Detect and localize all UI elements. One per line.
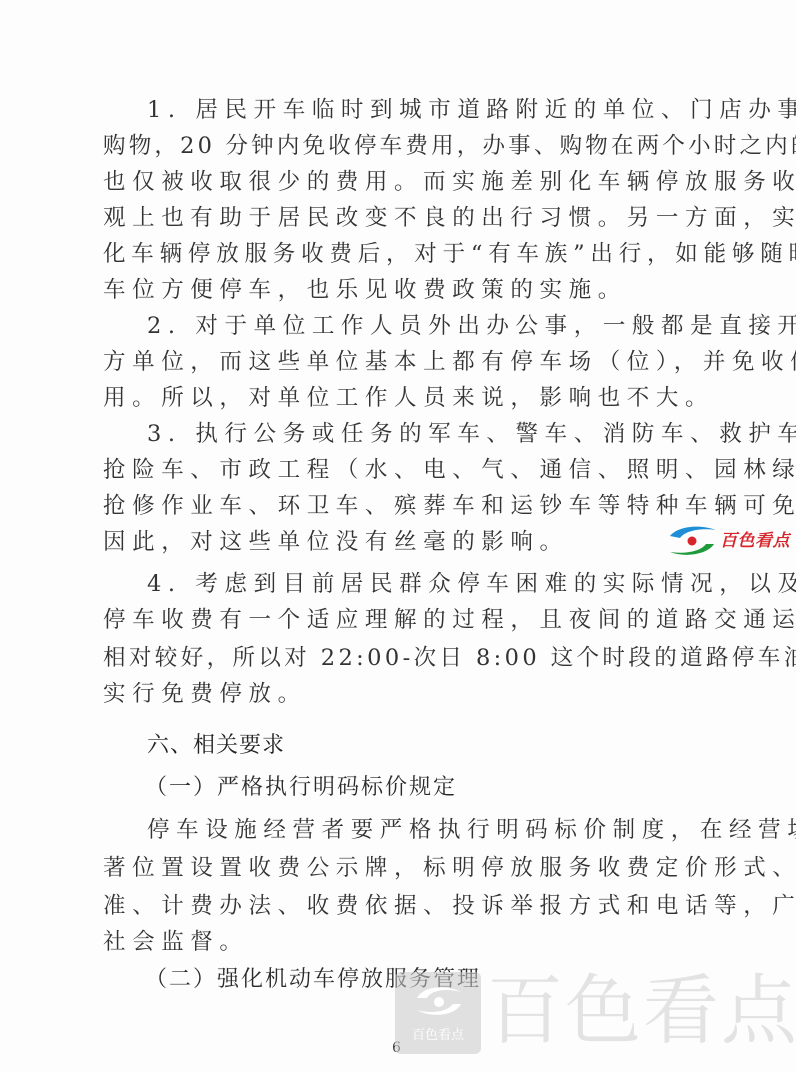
paragraph-1-line-4: 观上也有助于居民改变不良的出行习惯。另一方面，实施差别 <box>103 200 695 236</box>
watermark-badge-text: 百色看点 <box>395 1024 481 1043</box>
paragraph-4-line-2: 停车收费有一个适应理解的过程，且夜间的道路交通运行状况 <box>103 602 695 638</box>
subsection-1-line-1: 停车设施经营者要严格执行明码标价制度，在经营场所显 <box>147 812 695 848</box>
subsection-1-line-2: 著位置设置收费公示牌，标明停放服务收费定价形式、收费标 <box>103 850 695 886</box>
paragraph-3-line-2: 抢险车、市政工程（水、电、气、通信、照明、园林绿化等） <box>103 452 695 488</box>
paragraph-1-line-3: 也仅被收取很少的费用。而实施差别化车辆停放服务收费，客 <box>103 164 695 200</box>
paragraph-1-line-2: 购物，20 分钟内免收停车费用，办事、购物在两个小时之内的， <box>103 128 695 164</box>
subsection-1-line-3: 准、计费办法、收费依据、投诉举报方式和电话等，广泛接受 <box>103 888 695 924</box>
paragraph-1-line-5: 化车辆停放服务收费后，对于“有车族”出行，如能够随时有 <box>103 236 695 272</box>
watermark-big: 百色看点 百色看点 <box>395 972 796 1052</box>
watermark-small-text: 百色看点 <box>720 526 790 551</box>
section-heading: 六、相关要求 <box>147 728 695 764</box>
subsection-1-line-4: 社会监督。 <box>103 924 695 960</box>
paragraph-4-line-1: 4. 考虑到目前居民群众停车困难的实际情况，以及对道路 <box>147 566 695 602</box>
paragraph-2-line-1: 2. 对于单位工作人员外出办公事，一般都是直接开车到对 <box>147 308 695 344</box>
watermark-small: 百色看点 <box>666 520 796 560</box>
watermark-badge: 百色看点 <box>395 972 481 1054</box>
paragraph-1-line-1: 1. 居民开车临时到城市道路附近的单位、门店办事或者 <box>147 92 695 128</box>
paragraph-3-line-1: 3. 执行公务或任务的军车、警车、消防车、救护车、救灾 <box>147 416 695 452</box>
subsection-1-title: （一）严格执行明码标价规定 <box>145 770 737 806</box>
paragraph-4-line-3: 相对较好，所以对 22:00-次日 8:00 这个时段的道路停车泊位 <box>103 640 695 676</box>
paragraph-4-line-4: 实行免费停放。 <box>103 676 695 712</box>
paragraph-3-line-4: 因此，对这些单位没有丝毫的影响。 <box>103 524 695 560</box>
watermark-big-text: 百色看点 <box>487 966 796 1056</box>
paragraph-1-line-6: 车位方便停车，也乐见收费政策的实施。 <box>103 272 695 308</box>
swirl-logo-icon <box>395 976 481 1026</box>
paragraph-3-line-3: 抢修作业车、环卫车、殡葬车和运钞车等特种车辆可免费停车 <box>103 488 695 524</box>
paragraph-2-line-2: 方单位，而这些单位基本上都有停车场（位），并免收停车费 <box>103 344 695 380</box>
swirl-logo-icon <box>666 522 718 558</box>
paragraph-2-line-3: 用。所以，对单位工作人员来说，影响也不大。 <box>103 380 695 416</box>
document-page: 1. 居民开车临时到城市道路附近的单位、门店办事或者 购物，20 分钟内免收停车… <box>0 0 796 1072</box>
